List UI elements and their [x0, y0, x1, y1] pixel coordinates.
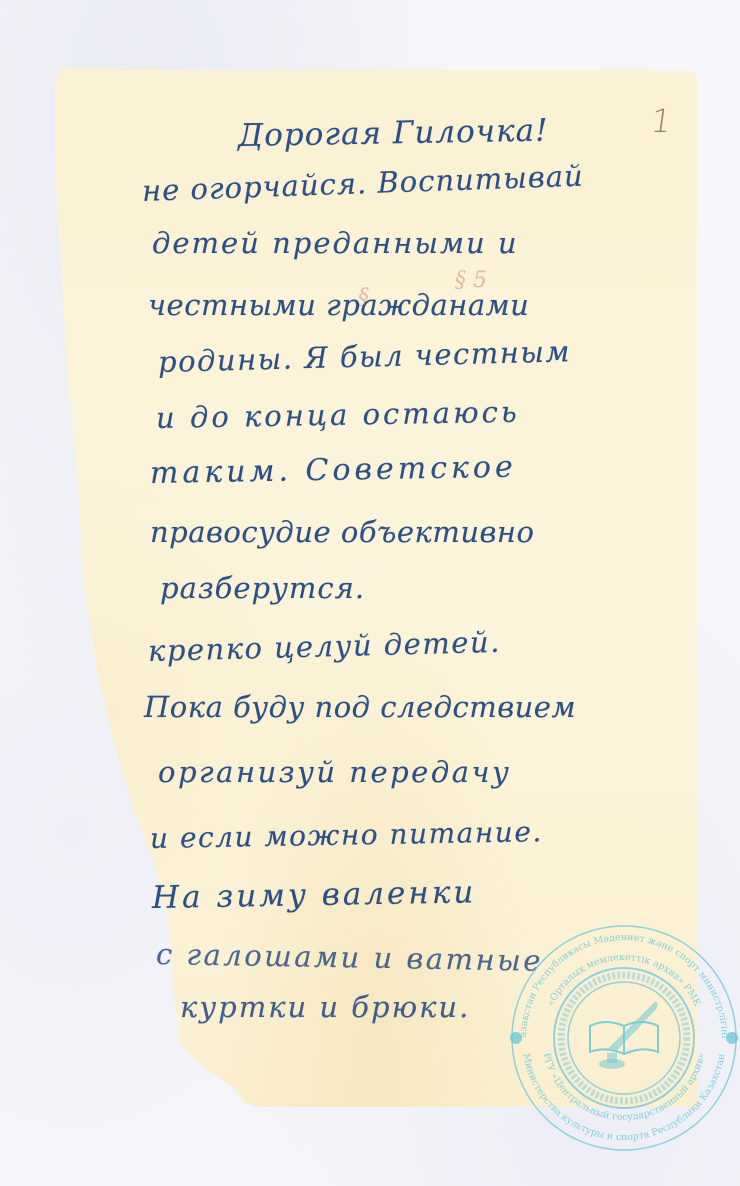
letter-salutation: Дорогая Гилочка! [238, 113, 549, 154]
letter-line: разберутся. [160, 571, 365, 605]
letter-line: правосудие объективно [150, 515, 534, 549]
letter-line: честными гражданами [148, 288, 529, 322]
letter-line: и до конца остаюсь [156, 395, 520, 435]
letter-line: детей преданными и [152, 226, 519, 260]
letter-line: таким. Советское [150, 450, 517, 491]
letter-line: куртки и брюки. [180, 990, 470, 1024]
letter-line: и если можно питание. [150, 815, 543, 855]
letter-line: Пока буду под следствием [144, 690, 576, 724]
letter-line: организуй передачу [158, 755, 511, 789]
letter-line: с галошами и ватные [156, 937, 544, 978]
letter-line: На зиму валенки [152, 874, 477, 916]
